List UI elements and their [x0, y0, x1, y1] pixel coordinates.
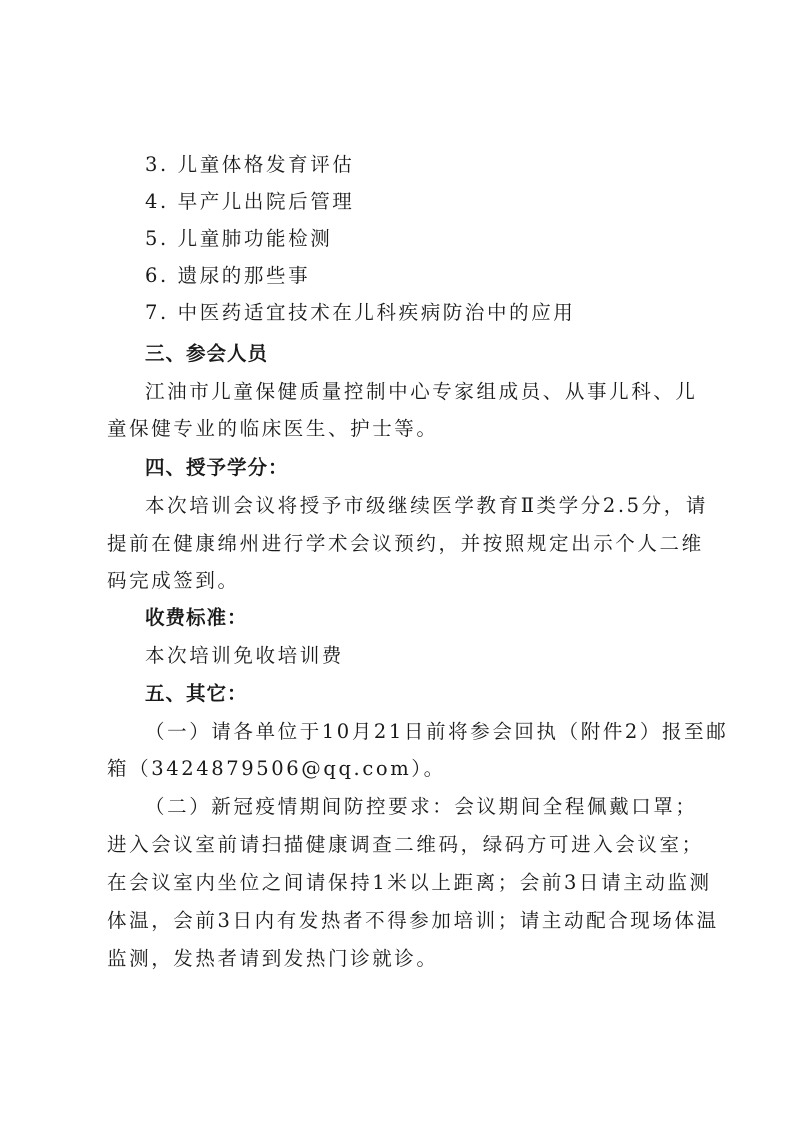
paragraph-line: 监测，发热者请到发热门诊就诊。: [107, 946, 439, 972]
document-page: 3. 儿童体格发育评估 4. 早产儿出院后管理 5. 儿童肺功能检测 6. 遗尿…: [0, 0, 800, 1131]
paragraph-line: 江油市儿童保健质量控制中心专家组成员、从事儿科、儿: [145, 379, 698, 405]
paragraph-line: （一）请各单位于10月21日前将参会回执（附件2）报至邮: [145, 719, 728, 745]
list-item: 7. 中医药适宜技术在儿科疾病防治中的应用: [145, 300, 575, 326]
paragraph-line: 本次培训免收培训费: [145, 643, 344, 669]
section-heading-fees: 收费标准：: [145, 605, 248, 631]
section-heading-credits: 四、授予学分：: [145, 455, 289, 481]
list-item: 4. 早产儿出院后管理: [145, 189, 354, 215]
list-item: 3. 儿童体格发育评估: [145, 152, 354, 178]
paragraph-line: 体温，会前3日内有发热者不得参加培训；请主动配合现场体温: [107, 908, 719, 934]
paragraph-line: 本次培训会议将授予市级继续医学教育Ⅱ类学分2.5分，请: [145, 493, 708, 519]
paragraph-line: 箱（3424879506@qq.com）。: [107, 756, 446, 782]
paragraph-line: 码完成签到。: [107, 568, 240, 594]
paragraph-line: 进入会议室前请扫描健康调查二维码，绿码方可进入会议室；: [107, 832, 704, 858]
section-heading-other: 五、其它：: [145, 681, 248, 707]
list-item: 5. 儿童肺功能检测: [145, 226, 332, 252]
paragraph-line: 童保健专业的临床医生、护士等。: [107, 416, 439, 442]
paragraph-line: 在会议室内坐位之间请保持1米以上距离；会前3日请主动监测: [107, 870, 712, 896]
paragraph-line: （二）新冠疫情期间防控要求：会议期间全程佩戴口罩；: [145, 794, 698, 820]
paragraph-line: 提前在健康绵州进行学术会议预约，并按照规定出示个人二维: [107, 531, 704, 557]
section-heading-attendees: 三、参会人员: [145, 341, 268, 367]
list-item: 6. 遗尿的那些事: [145, 263, 310, 289]
